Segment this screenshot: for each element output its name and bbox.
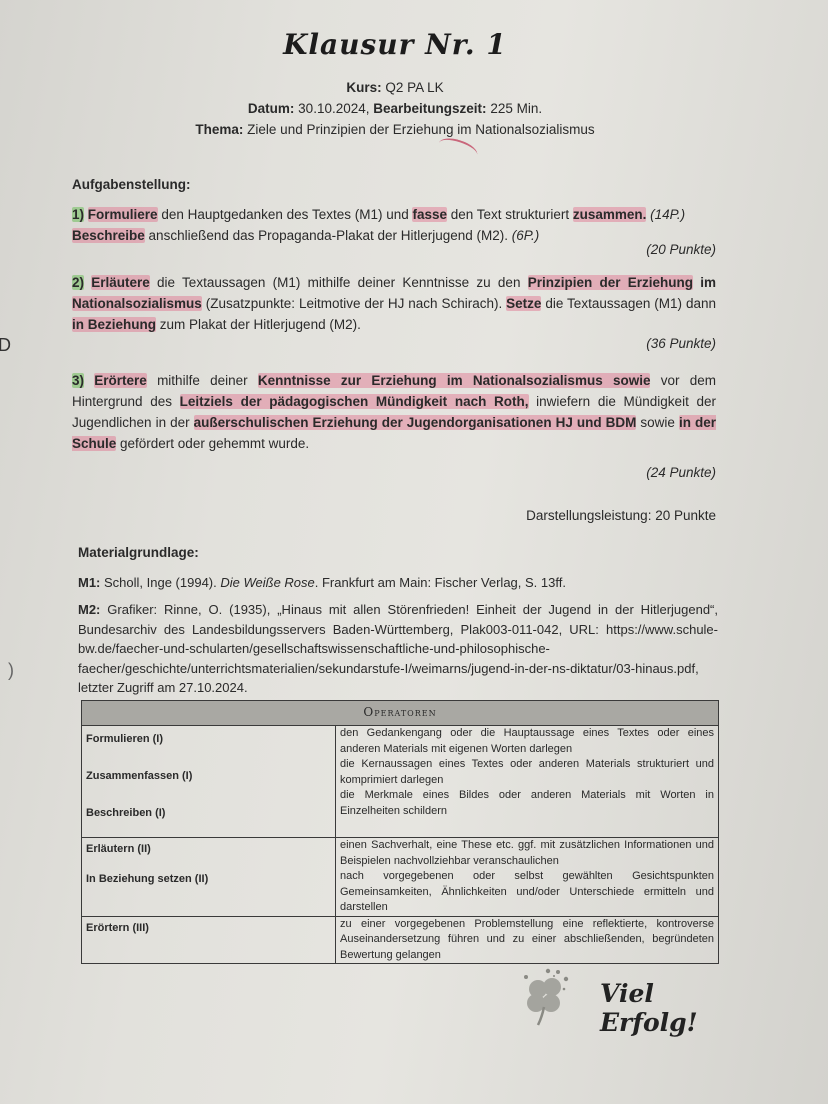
task-3-points: (24 Punkte): [646, 465, 716, 480]
key-term-highlight: Prinzipien der Erziehung: [528, 275, 693, 290]
operator-description: den Gedankengang oder die Hauptaussage e…: [340, 726, 714, 757]
exam-title: Klausur Nr. 1: [0, 28, 790, 61]
m2-label: M2:: [78, 602, 100, 617]
margin-mark: ): [8, 660, 14, 681]
m1-publisher: . Frankfurt am Main: Fischer Verlag, S. …: [315, 575, 566, 590]
duration-value: 225 Min.: [490, 101, 542, 116]
presentation-points: Darstellungsleistung: 20 Punkte: [526, 508, 716, 523]
task-number: 3): [72, 373, 84, 388]
date-value: 30.10.2024,: [298, 101, 369, 116]
operators-table-row: Formulieren (I)Zusammenfassen (I)Beschre…: [82, 726, 719, 838]
operator-highlight: Beschreibe: [72, 228, 145, 243]
operators-table-heading: Operatoren: [82, 701, 719, 726]
task-text: mithilfe deiner: [147, 373, 258, 388]
topic-label: Thema:: [195, 122, 243, 137]
task-1-points: (20 Punkte): [646, 242, 716, 257]
operator-names-cell: Formulieren (I)Zusammenfassen (I)Beschre…: [82, 726, 336, 838]
task-text: den Hauptgedanken des Textes (M1) und: [158, 207, 413, 222]
operator-highlight: Erörtere: [94, 373, 147, 388]
task-text: (Zusatzpunkte: Leitmotive der HJ nach Sc…: [202, 296, 506, 311]
operator-description: nach vorgegebenen oder selbst gewählten …: [340, 869, 714, 916]
operator-highlight: fasse: [412, 207, 447, 222]
operator-name: Zusammenfassen (I): [86, 763, 331, 800]
operator-description: einen Sachverhalt, eine These etc. ggf. …: [340, 838, 714, 869]
task-3: 3) Erörtere mithilfe deiner Kenntnisse z…: [72, 370, 716, 454]
operator-descriptions-cell: den Gedankengang oder die Hauptaussage e…: [336, 726, 719, 838]
course-line: Kurs: Q2 PA LK: [0, 80, 790, 95]
operator-descriptions-cell: einen Sachverhalt, eine These etc. ggf. …: [336, 838, 719, 917]
key-term-highlight: außerschulischen Erziehung der Jugendorg…: [194, 415, 637, 430]
topic-value: Ziele und Prinzipien der Erziehung im Na…: [247, 122, 594, 137]
material-heading: Materialgrundlage:: [78, 545, 199, 560]
operator-highlight: Erläutere: [91, 275, 150, 290]
task-subpoints: (6P.): [512, 228, 540, 243]
task-text: den Text strukturiert: [447, 207, 573, 222]
m2-citation: Grafiker: Rinne, O. (1935), „Hinaus mit …: [78, 602, 718, 695]
date-line: Datum: 30.10.2024, Bearbeitungszeit: 225…: [0, 101, 790, 116]
operator-highlight: zusammen.: [573, 207, 647, 222]
exam-sheet: Klausur Nr. 1 Kurs: Q2 PA LK Datum: 30.1…: [0, 0, 828, 1104]
pen-stroke-mark: [436, 134, 480, 163]
course-value: Q2 PA LK: [385, 80, 443, 95]
good-luck-sign: Viel Erfolg!: [512, 965, 732, 1025]
clover-icon: [518, 967, 578, 1027]
task-text: die Textaussagen (M1) mithilfe deiner Ke…: [150, 275, 528, 290]
key-term-highlight: Kenntnisse zur Erziehung im Nationalsozi…: [258, 373, 651, 388]
task-text: die Textaussagen (M1) dann: [541, 296, 716, 311]
operator-description: die Merkmale eines Bildes oder anderen M…: [340, 788, 714, 819]
margin-mark: D: [0, 335, 11, 356]
operator-description: die Kernaussagen eines Textes oder ander…: [340, 757, 714, 788]
key-term-highlight: Nationalsozialismus: [72, 296, 202, 311]
duration-label: Bearbeitungszeit:: [373, 101, 486, 116]
operator-descriptions-cell: zu einer vorgegebenen Problemstellung ei…: [336, 916, 719, 964]
task-text: gefördert oder gehemmt wurde.: [116, 436, 309, 451]
task-text: zum Plakat der Hitlerjugend (M2).: [156, 317, 361, 332]
course-label: Kurs:: [346, 80, 381, 95]
m1-title: Die Weiße Rose: [220, 575, 314, 590]
operator-name: Erläutern (II): [86, 838, 331, 868]
topic-line: Thema: Ziele und Prinzipien der Erziehun…: [0, 122, 790, 137]
task-subpoints: (14P.): [646, 207, 685, 222]
operator-names-cell: Erläutern (II)In Beziehung setzen (II): [82, 838, 336, 917]
task-text: im: [693, 275, 716, 290]
operator-highlight: Setze: [506, 296, 541, 311]
operator-name: Beschreiben (I): [86, 800, 331, 837]
m1-label: M1:: [78, 575, 100, 590]
task-number: 2): [72, 275, 84, 290]
task-number: 1): [72, 207, 84, 222]
tasks-heading: Aufgabenstellung:: [72, 177, 191, 192]
operators-table: Operatoren Formulieren (I)Zusammenfassen…: [81, 700, 719, 964]
key-term-highlight: Leitziels der pädagogischen Mündigkeit n…: [180, 394, 529, 409]
operator-description: zu einer vorgegebenen Problemstellung ei…: [340, 917, 714, 964]
task-2: 2) Erläutere die Textaussagen (M1) mithi…: [72, 272, 716, 335]
good-luck-text: Viel Erfolg!: [600, 979, 732, 1037]
date-label: Datum:: [248, 101, 295, 116]
m1-author: Scholl, Inge (1994).: [100, 575, 220, 590]
material-m1: M1: Scholl, Inge (1994). Die Weiße Rose.…: [78, 575, 566, 590]
operator-name: In Beziehung setzen (II): [86, 868, 331, 898]
operator-names-cell: Erörtern (III): [82, 916, 336, 964]
operator-name: Formulieren (I): [86, 726, 331, 763]
task-text: sowie: [636, 415, 679, 430]
operators-table-row: Erörtern (III)zu einer vorgegebenen Prob…: [82, 916, 719, 964]
material-m2: M2: Grafiker: Rinne, O. (1935), „Hinaus …: [78, 600, 718, 698]
task-text: anschließend das Propaganda-Plakat der H…: [145, 228, 512, 243]
task-1: 1) Formuliere den Hauptgedanken des Text…: [72, 204, 716, 246]
operator-highlight: in Beziehung: [72, 317, 156, 332]
operator-name: Erörtern (III): [86, 917, 331, 937]
task-2-points: (36 Punkte): [646, 336, 716, 351]
operators-table-row: Erläutern (II)In Beziehung setzen (II)ei…: [82, 838, 719, 917]
operator-highlight: Formuliere: [88, 207, 158, 222]
